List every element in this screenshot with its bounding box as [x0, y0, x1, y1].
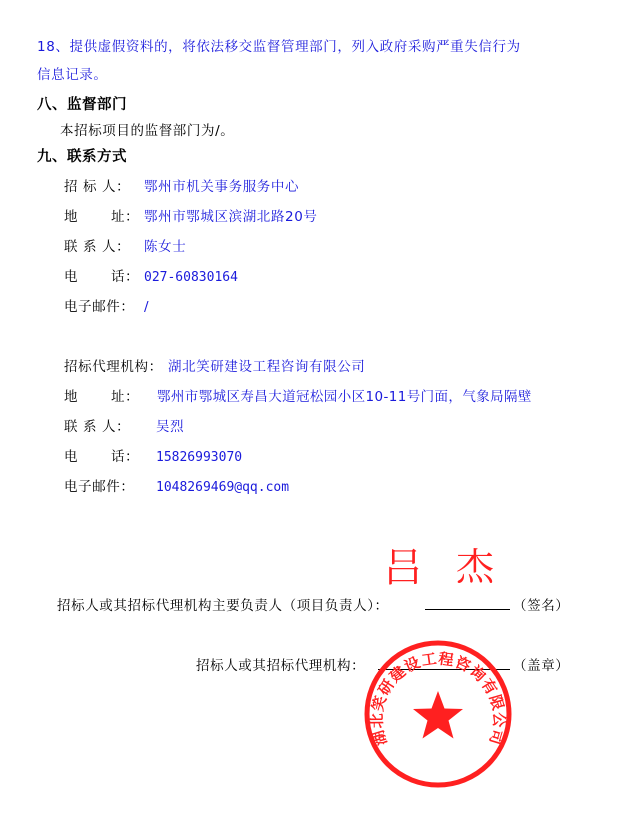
clause-18-line2: 信息记录。 [37, 63, 108, 83]
tenderer-contact-label: 联 系 人： [64, 235, 144, 255]
signature-underline [425, 609, 510, 610]
agency-address-row: 地址：鄂州市鄂城区寿昌大道冠松园小区10-11号门面，气象局隔壁 [64, 385, 532, 405]
agency-phone-label-b: 话： [111, 445, 156, 465]
tenderer-contact-value: 陈女士 [144, 239, 186, 255]
tenderer-email-value: / [144, 299, 149, 315]
clause-18-line1: 18、提供虚假资料的，将依法移交监督管理部门，列入政府采购严重失信行为 [37, 35, 521, 55]
agency-email-label: 电子邮件： [64, 475, 156, 495]
agency-address-value: 鄂州市鄂城区寿昌大道冠松园小区10-11号门面，气象局隔壁 [157, 389, 532, 405]
section-9-heading: 九、联系方式 [37, 145, 127, 166]
tenderer-contact-row: 联 系 人：陈女士 [64, 235, 186, 255]
agency-email-value: 1048269469@qq.com [156, 480, 289, 495]
agency-email-row: 电子邮件：1048269469@qq.com [64, 475, 289, 495]
tenderer-address-row: 地址：鄂州市鄂城区滨湖北路20号 [64, 205, 317, 225]
agency-contact-label: 联 系 人： [64, 415, 156, 435]
agency-contact-value: 吴烈 [156, 419, 184, 435]
stamp-label: 招标人或其招标代理机构： [196, 654, 365, 674]
signature-char-1: 吕 [383, 548, 423, 588]
agency-contact-row: 联 系 人：吴烈 [64, 415, 184, 435]
stamp-suffix: （盖章） [513, 654, 569, 674]
section-8-heading: 八、监督部门 [37, 93, 127, 114]
agency-name-label: 招标代理机构： [64, 355, 168, 375]
tenderer-email-label: 电子邮件： [64, 295, 144, 315]
tenderer-address-value: 鄂州市鄂城区滨湖北路20号 [144, 209, 317, 225]
agency-address-label-a: 地 [64, 385, 111, 405]
agency-phone-row: 电话：15826993070 [64, 445, 242, 465]
signature-suffix: （签名） [513, 594, 569, 614]
tenderer-phone-row: 电话：027-60830164 [64, 265, 238, 285]
tenderer-phone-label-a: 电 [64, 265, 111, 285]
agency-name-row: 招标代理机构：湖北笑研建设工程咨询有限公司 [64, 355, 365, 375]
seal-star-icon [413, 691, 463, 739]
tenderer-phone-value: 027-60830164 [144, 270, 238, 285]
signature-char-2: 杰 [456, 548, 494, 586]
tenderer-phone-label-b: 话： [111, 265, 144, 285]
tenderer-address-label-a: 地 [64, 205, 111, 225]
section-8-body: 本招标项目的监督部门为/。 [60, 119, 234, 139]
agency-name-value: 湖北笑研建设工程咨询有限公司 [168, 359, 365, 375]
signature-label: 招标人或其招标代理机构主要负责人（项目负责人）： [57, 594, 389, 614]
tenderer-name-row: 招 标 人：鄂州市机关事务服务中心 [64, 175, 299, 195]
agency-address-label-b: 址： [111, 385, 145, 405]
tenderer-name-value: 鄂州市机关事务服务中心 [144, 179, 299, 195]
tenderer-name-label: 招 标 人： [64, 175, 144, 195]
tenderer-email-row: 电子邮件：/ [64, 295, 149, 315]
agency-phone-label-a: 电 [64, 445, 111, 465]
company-seal-icon: 湖北笑研建设工程咨询有限公司 [363, 639, 513, 789]
tenderer-address-label-b: 址： [111, 205, 144, 225]
agency-phone-value: 15826993070 [156, 450, 242, 465]
